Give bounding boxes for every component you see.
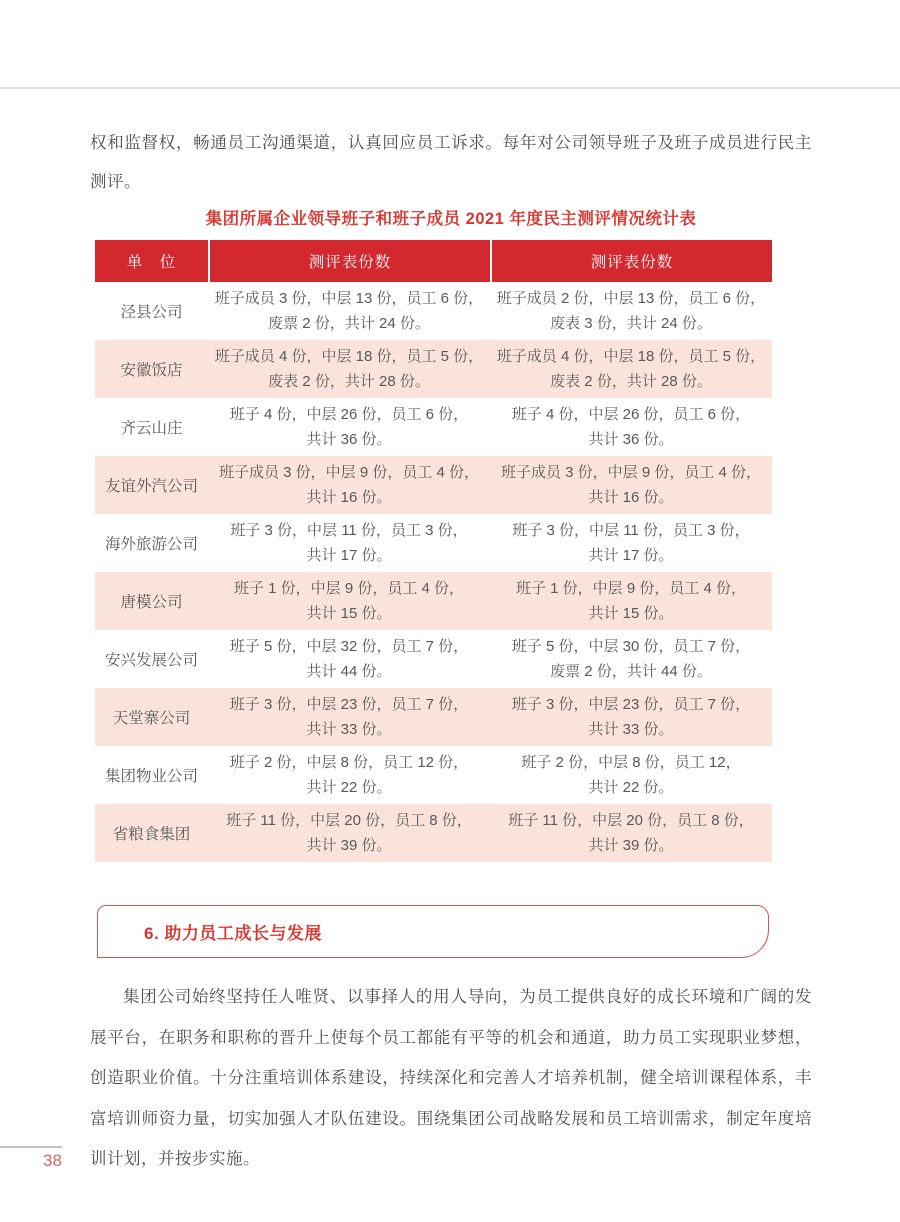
- table-title: 集团所属企业领导班子和班子成员 2021 年度民主测评情况统计表: [90, 205, 812, 229]
- unit-cell: 友谊外汽公司: [95, 456, 208, 514]
- unit-cell: 泾县公司: [95, 282, 208, 340]
- eval1-cell: 班子成员 4 份，中层 18 份，员工 5 份， 废表 2 份，共计 28 份。: [208, 340, 490, 398]
- eval1-cell: 班子 4 份，中层 26 份，员工 6 份， 共计 36 份。: [208, 398, 490, 456]
- unit-cell: 海外旅游公司: [95, 514, 208, 572]
- unit-cell: 天堂寨公司: [95, 688, 208, 746]
- table-row: 安兴发展公司 班子 5 份，中层 32 份，员工 7 份， 共计 44 份。 班…: [95, 630, 772, 688]
- eval2-cell: 班子 3 份，中层 11 份，员工 3 份， 共计 17 份。: [490, 514, 772, 572]
- table-row: 唐模公司 班子 1 份，中层 9 份，员工 4 份， 共计 15 份。 班子 1…: [95, 572, 772, 630]
- eval1-cell: 班子 5 份，中层 32 份，员工 7 份， 共计 44 份。: [208, 630, 490, 688]
- intro-paragraph: 权和监督权，畅通员工沟通渠道，认真回应员工诉求。每年对公司领导班子及班子成员进行…: [90, 124, 812, 202]
- column-header-eval2: 测评表份数: [492, 240, 772, 282]
- table-row: 安徽饭店 班子成员 4 份，中层 18 份，员工 5 份， 废表 2 份，共计 …: [95, 340, 772, 398]
- eval2-cell: 班子 4 份，中层 26 份，员工 6 份， 共计 36 份。: [490, 398, 772, 456]
- table-row: 泾县公司 班子成员 3 份，中层 13 份，员工 6 份， 废票 2 份，共计 …: [95, 282, 772, 340]
- table-row: 海外旅游公司 班子 3 份，中层 11 份，员工 3 份， 共计 17 份。 班…: [95, 514, 772, 572]
- table-row: 天堂寨公司 班子 3 份，中层 23 份，员工 7 份， 共计 33 份。 班子…: [95, 688, 772, 746]
- table-row: 省粮食集团 班子 11 份，中层 20 份，员工 8 份， 共计 39 份。 班…: [95, 804, 772, 862]
- column-header-unit: 单 位: [95, 240, 208, 282]
- table-row: 集团物业公司 班子 2 份，中层 8 份，员工 12 份， 共计 22 份。 班…: [95, 746, 772, 804]
- eval1-cell: 班子 3 份，中层 23 份，员工 7 份， 共计 33 份。: [208, 688, 490, 746]
- eval2-cell: 班子 3 份，中层 23 份，员工 7 份， 共计 33 份。: [490, 688, 772, 746]
- eval2-cell: 班子成员 2 份，中层 13 份，员工 6 份， 废表 3 份，共计 24 份。: [490, 282, 772, 340]
- eval2-cell: 班子 2 份，中层 8 份，员工 12， 共计 22 份。: [490, 746, 772, 804]
- table-row: 友谊外汽公司 班子成员 3 份，中层 9 份，员工 4 份， 共计 16 份。 …: [95, 456, 772, 514]
- unit-cell: 省粮食集团: [95, 804, 208, 862]
- column-header-eval1: 测评表份数: [210, 240, 490, 282]
- section-heading: 6. 助力员工成长与发展: [144, 919, 322, 944]
- unit-cell: 安兴发展公司: [95, 630, 208, 688]
- unit-cell: 齐云山庄: [95, 398, 208, 456]
- eval1-cell: 班子 11 份，中层 20 份，员工 8 份， 共计 39 份。: [208, 804, 490, 862]
- eval2-cell: 班子 11 份，中层 20 份，员工 8 份， 共计 39 份。: [490, 804, 772, 862]
- unit-cell: 集团物业公司: [95, 746, 208, 804]
- unit-cell: 唐模公司: [95, 572, 208, 630]
- eval2-cell: 班子 5 份，中层 30 份，员工 7 份， 废票 2 份，共计 44 份。: [490, 630, 772, 688]
- eval2-cell: 班子成员 3 份，中层 9 份，员工 4 份， 共计 16 份。: [490, 456, 772, 514]
- header-divider: [0, 87, 900, 89]
- section-body-paragraph: 集团公司始终坚持任人唯贤、以事择人的用人导向，为员工提供良好的成长环境和广阔的发…: [90, 977, 812, 1180]
- section-heading-box: 6. 助力员工成长与发展: [97, 905, 769, 958]
- eval2-cell: 班子 1 份，中层 9 份，员工 4 份， 共计 15 份。: [490, 572, 772, 630]
- eval2-cell: 班子成员 4 份，中层 18 份，员工 5 份， 废表 2 份，共计 28 份。: [490, 340, 772, 398]
- document-page: 权和监督权，畅通员工沟通渠道，认真回应员工诉求。每年对公司领导班子及班子成员进行…: [0, 0, 900, 1222]
- table-row: 齐云山庄 班子 4 份，中层 26 份，员工 6 份， 共计 36 份。 班子 …: [95, 398, 772, 456]
- footer-divider: [0, 1146, 62, 1148]
- table-header-row: 单 位 测评表份数 测评表份数: [95, 240, 772, 282]
- page-number: 38: [43, 1151, 62, 1171]
- eval1-cell: 班子 2 份，中层 8 份，员工 12 份， 共计 22 份。: [208, 746, 490, 804]
- eval1-cell: 班子成员 3 份，中层 13 份，员工 6 份， 废票 2 份，共计 24 份。: [208, 282, 490, 340]
- eval1-cell: 班子成员 3 份，中层 9 份，员工 4 份， 共计 16 份。: [208, 456, 490, 514]
- eval1-cell: 班子 3 份，中层 11 份，员工 3 份， 共计 17 份。: [208, 514, 490, 572]
- evaluation-table: 单 位 测评表份数 测评表份数 泾县公司 班子成员 3 份，中层 13 份，员工…: [95, 240, 772, 862]
- unit-cell: 安徽饭店: [95, 340, 208, 398]
- eval1-cell: 班子 1 份，中层 9 份，员工 4 份， 共计 15 份。: [208, 572, 490, 630]
